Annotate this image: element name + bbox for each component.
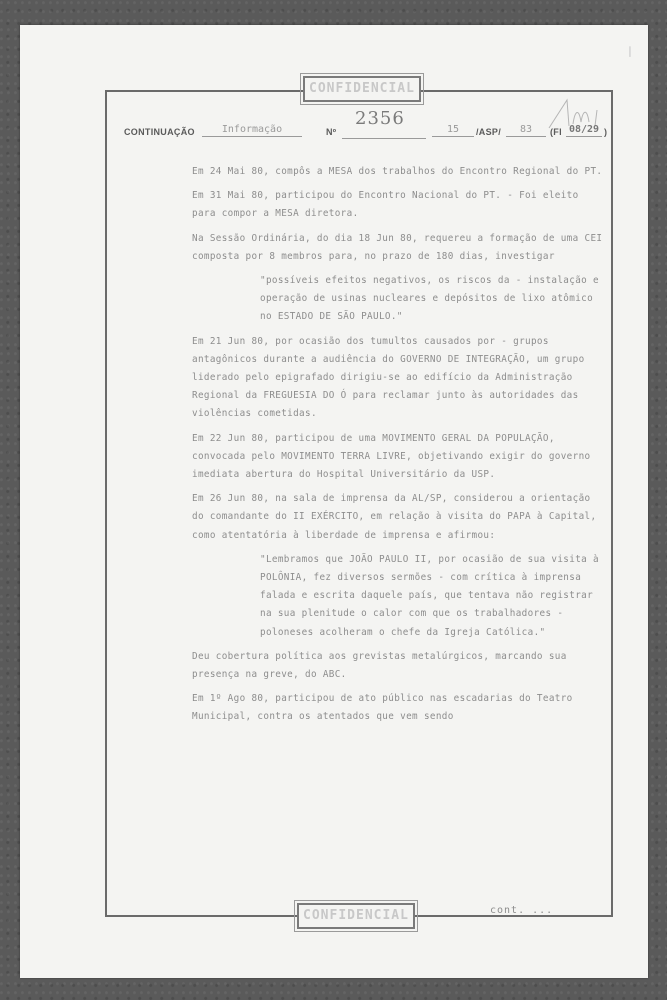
paragraph: Deu cobertura política aos grevistas met…: [192, 648, 604, 684]
continuation-note: cont. ...: [490, 905, 553, 916]
folha-close: ): [604, 127, 607, 137]
paragraph: Em 24 Mai 80, compôs a MESA dos trabalho…: [192, 163, 604, 181]
paragraph: Em 1º Ago 80, participou de ato público …: [192, 690, 604, 726]
doc-type-field: Informação: [202, 124, 302, 137]
numero-label: Nº: [326, 127, 336, 137]
paragraph: Em 26 Jun 80, na sala de imprensa da AL/…: [192, 490, 604, 545]
numero-field: [342, 126, 426, 139]
folha-label: (Fl: [550, 127, 562, 137]
quote-paragraph: "Lembramos que JOÃO PAULO II, por ocasiã…: [260, 551, 604, 642]
document-header: CONTINUAÇÃO Informação Nº 15 /ASP/ 83 (F…: [124, 124, 614, 144]
document-body: Em 24 Mai 80, compôs a MESA dos trabalho…: [192, 163, 604, 733]
serie-field: 15: [432, 124, 474, 137]
asp-label: /ASP/: [476, 127, 501, 137]
quote-paragraph: "possíveis efeitos negativos, os riscos …: [260, 272, 604, 327]
paragraph: Na Sessão Ordinária, do dia 18 Jun 80, r…: [192, 230, 604, 266]
continuacao-label: CONTINUAÇÃO: [124, 127, 195, 137]
folha-field: 08/29: [566, 124, 602, 137]
confidential-stamp-top: CONFIDENCIAL: [303, 76, 421, 102]
corner-mark: ꞁ: [628, 42, 632, 58]
paragraph: Em 22 Jun 80, participou de uma MOVIMENT…: [192, 430, 604, 485]
ano-field: 83: [506, 124, 546, 137]
confidential-stamp-bottom: CONFIDENCIAL: [297, 903, 415, 929]
paragraph: Em 21 Jun 80, por ocasião dos tumultos c…: [192, 333, 604, 424]
paragraph: Em 31 Mai 80, participou do Encontro Nac…: [192, 187, 604, 223]
